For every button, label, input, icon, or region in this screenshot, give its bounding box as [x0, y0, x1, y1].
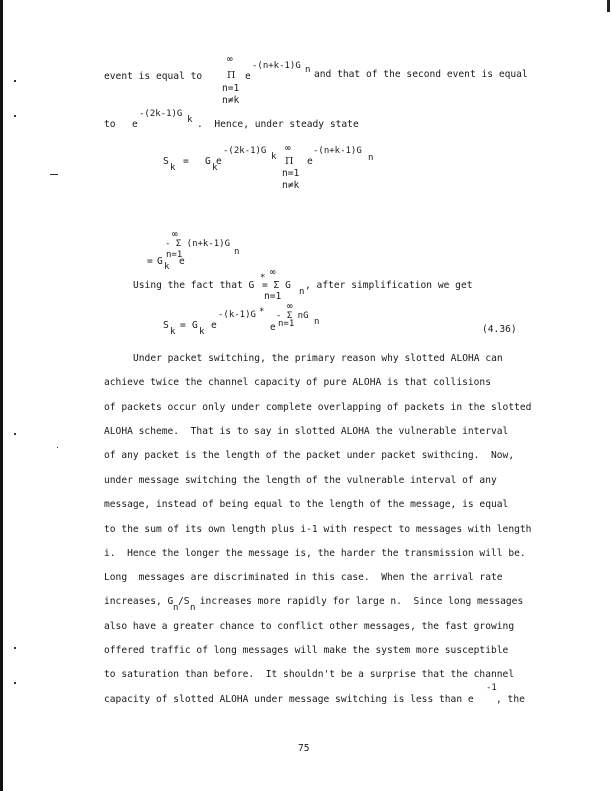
text-line: of packets occur only under complete ove… — [104, 403, 531, 413]
text-line: ALOHA scheme. That is to say in slotted … — [104, 427, 508, 437]
superscript: -1 — [486, 684, 497, 693]
text-line: to the sum of its own length plus i-1 wi… — [104, 525, 531, 535]
scan-speck — [14, 115, 16, 117]
lhs-subscript: k — [170, 164, 175, 173]
text-fragment: and that of the second event is equal — [314, 70, 528, 80]
exponent: -(2k-1)G — [139, 110, 182, 119]
lhs-subscript: k — [170, 328, 175, 337]
exponent: -(2k-1)G — [223, 147, 266, 156]
exponent: -(k-1)G — [218, 311, 256, 320]
text-line: of any packet is the length of the packe… — [104, 451, 514, 461]
sum-lower-bound: n=1 — [264, 292, 281, 302]
product-lower-bound: n=1 — [222, 84, 239, 94]
lhs-symbol: S — [163, 157, 169, 167]
product-symbol: Π — [227, 71, 235, 81]
text-line: also have a greater chance to conflict o… — [104, 622, 514, 632]
sum-lower-bound: n=1 — [166, 251, 182, 260]
text-line: i. Hence the longer the message is, the … — [104, 549, 526, 559]
text-fragment: event is equal to — [104, 72, 202, 82]
text-fragment: /S — [178, 597, 190, 607]
product-exclusion: n≠k — [282, 181, 299, 191]
text-fragment: . Hence, under steady state — [197, 120, 359, 130]
text-line: offered traffic of long messages will ma… — [104, 646, 508, 656]
text-fragment: , after simplification we get — [305, 281, 473, 291]
text-fragment: increases more rapidly for large n. Sinc… — [194, 597, 523, 607]
exponent-subscript: n — [314, 318, 319, 327]
exponent-subscript: k — [187, 116, 192, 125]
exp-base: e — [216, 157, 222, 167]
coefficient-subscript: k — [199, 328, 204, 337]
exp-base: e — [307, 157, 313, 167]
text-line: to saturation than before. It shouldn't … — [104, 670, 514, 680]
coefficient: G — [205, 157, 211, 167]
infinity-symbol: ∞ — [285, 144, 291, 154]
lhs-symbol: S — [163, 321, 169, 331]
scan-speck — [57, 447, 58, 448]
equation-number: (4.36) — [482, 324, 517, 335]
scan-left-edge — [0, 0, 3, 791]
scan-speck — [14, 433, 16, 435]
scan-speck — [14, 647, 16, 649]
text-line: Under packet switching, the primary reas… — [133, 354, 503, 364]
scan-arrow-mark — [50, 174, 58, 175]
exponent-subscript: k — [271, 153, 276, 162]
exponent: -(n+k-1)G — [313, 147, 362, 156]
text-fragment: to — [104, 120, 116, 130]
scan-speck — [14, 80, 16, 82]
infinity-symbol: ∞ — [227, 55, 233, 65]
coefficient-subscript: k — [164, 263, 169, 272]
text-fragment: , the — [496, 695, 525, 705]
product-symbol: Π — [285, 157, 293, 167]
text-fragment: capacity of slotted ALOHA under message … — [104, 695, 474, 705]
text-line: message, instead of being equal to the l… — [104, 500, 508, 510]
equals-sign: = — [147, 257, 153, 267]
coefficient: G — [192, 321, 198, 331]
coefficient: G — [157, 257, 163, 267]
product-exclusion: n≠k — [222, 96, 239, 106]
text-line: achieve twice the channel capacity of pu… — [104, 378, 491, 388]
sum-lower-bound: n=1 — [278, 320, 294, 329]
exponent-subscript: n — [305, 66, 310, 75]
star-superscript: * — [259, 308, 264, 317]
exp-base: e — [132, 120, 138, 130]
page-number: 75 — [298, 743, 310, 754]
text-line: under message switching the length of th… — [104, 476, 497, 486]
equals-sign: = — [180, 321, 186, 331]
text-fragment: increases, G — [104, 597, 173, 607]
exponent: -(n+k-1)G — [252, 62, 301, 71]
exp-base: e — [245, 72, 251, 82]
sum-subscript: n — [299, 288, 304, 297]
sum-expression: = Σ G — [262, 281, 291, 291]
equals-sign: = — [183, 157, 189, 167]
scan-right-mark — [607, 0, 610, 12]
infinity-symbol: ∞ — [270, 268, 276, 278]
exponent: - Σ (n+k-1)G — [165, 240, 230, 249]
exponent-subscript: n — [368, 154, 373, 163]
text-line: Long messages are discriminated in this … — [104, 573, 503, 583]
scan-speck — [14, 682, 16, 684]
exp-base: e — [211, 321, 217, 331]
product-lower-bound: n=1 — [282, 169, 299, 179]
exponent-subscript: n — [234, 248, 239, 257]
text-fragment: Using the fact that G — [133, 281, 254, 291]
exp-base: e — [270, 323, 276, 333]
